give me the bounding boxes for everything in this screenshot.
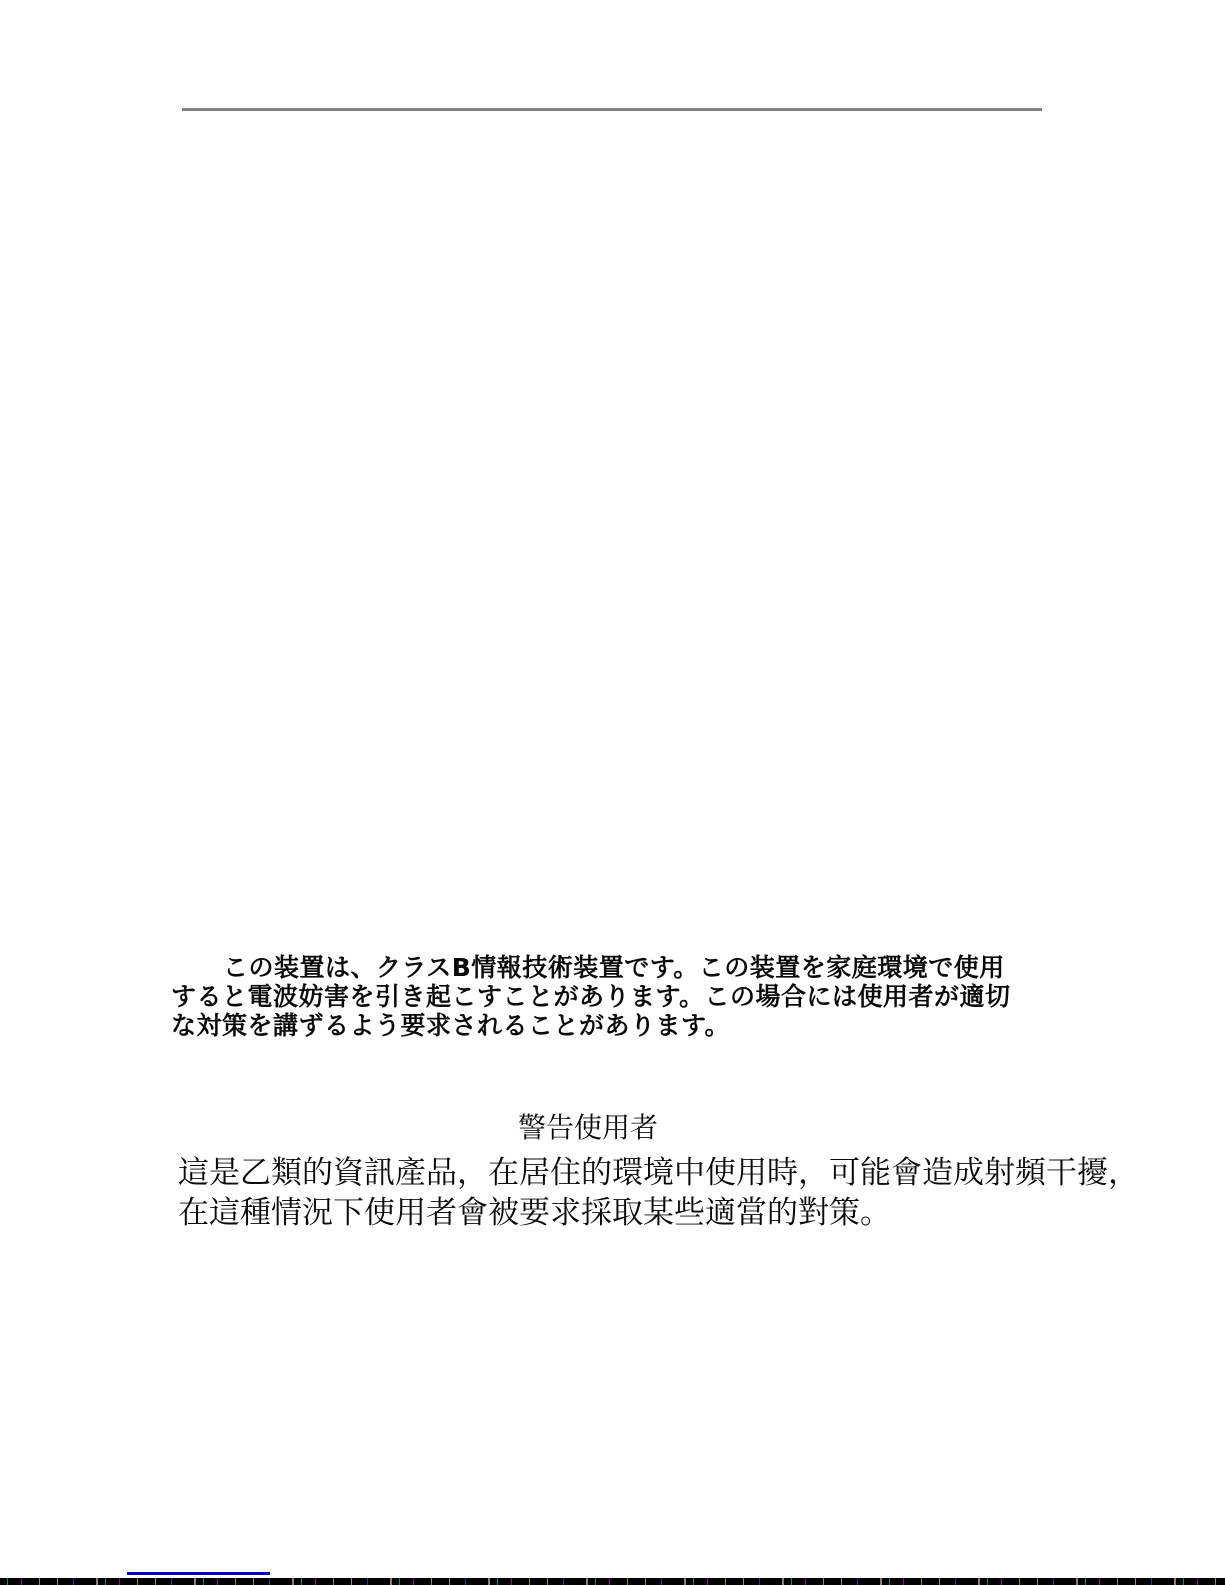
vcci-class-b-notice-ja: この装置は、クラスB情報技術装置です。この装置を家庭環境で使用 すると電波妨害を…: [171, 953, 1056, 1040]
cropped-text-strip: [0, 1578, 1225, 1585]
bsmi-notice-line: 在這種情況下使用者會被要求採取某些適當的對策。: [178, 1193, 1058, 1233]
vcci-notice-line: な対策を講ずるよう要求されることがあります。: [171, 1011, 1056, 1040]
vcci-notice-line: この装置は、クラスB情報技術装置です。この装置を家庭環境で使用: [171, 953, 1056, 982]
bsmi-notice-title: 警告使用者: [178, 1114, 998, 1144]
document-page: この装置は、クラスB情報技術装置です。この装置を家庭環境で使用 すると電波妨害を…: [0, 0, 1225, 1585]
bsmi-notice-line: 這是乙類的資訊產品，在居住的環境中使用時，可能會造成射頻干擾，: [178, 1153, 1058, 1193]
vcci-notice-line: すると電波妨害を引き起こすことがあります。この場合には使用者が適切: [171, 982, 1056, 1011]
footer-link-underline[interactable]: [127, 1572, 270, 1575]
header-rule: [182, 108, 1042, 111]
bsmi-class-b-notice-zh: 警告使用者 這是乙類的資訊產品，在居住的環境中使用時，可能會造成射頻干擾， 在這…: [178, 1114, 1058, 1233]
